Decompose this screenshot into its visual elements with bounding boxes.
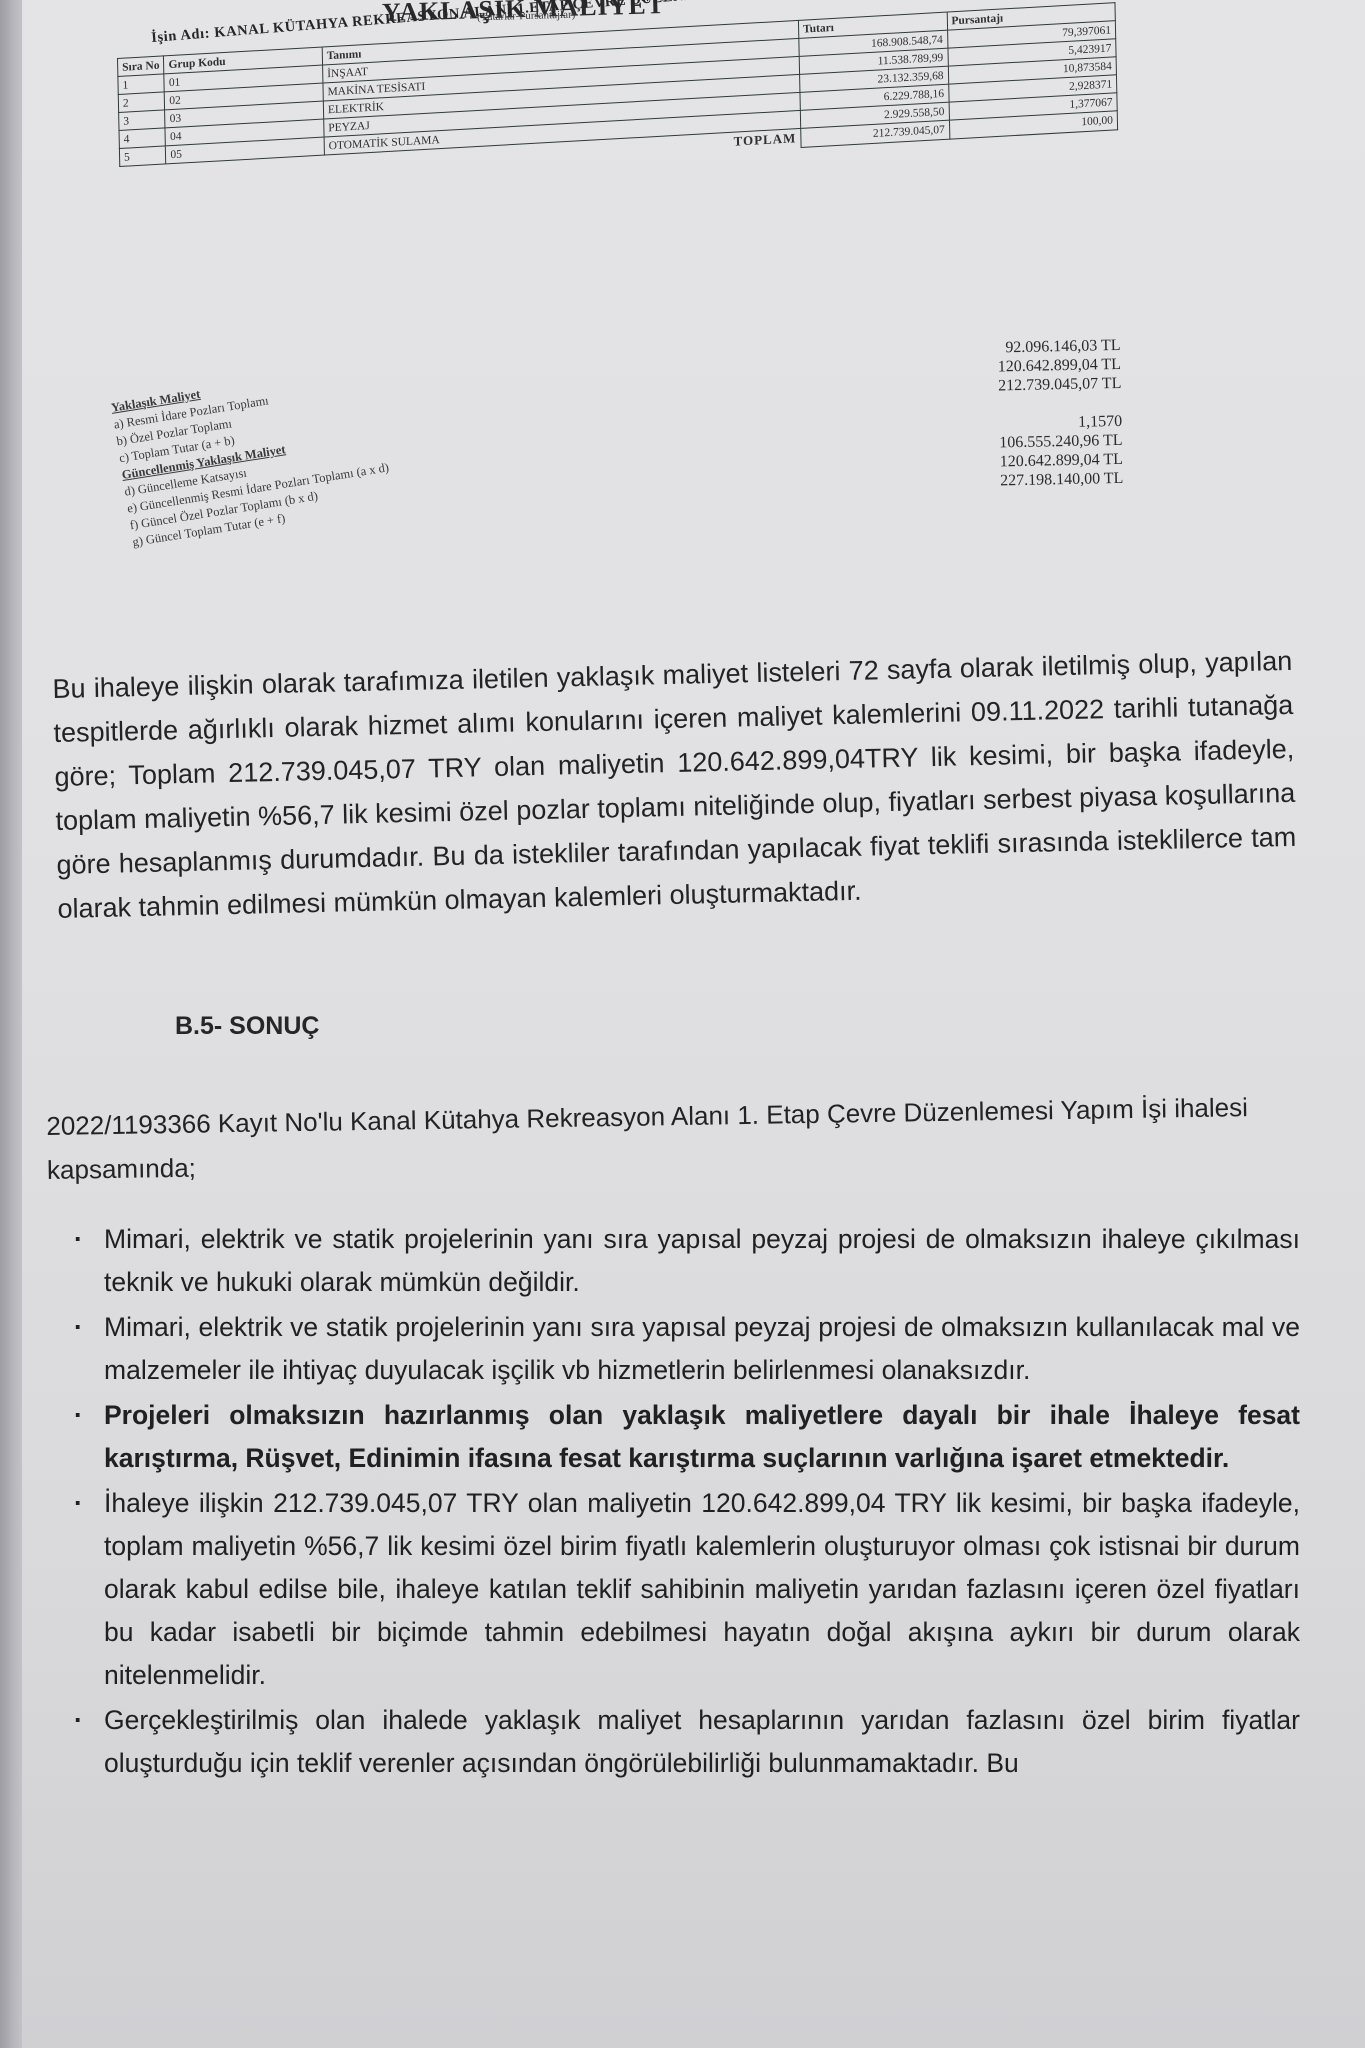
summary-values: 92.096.146,03 TL 120.642.899,04 TL 212.7… bbox=[915, 336, 1123, 492]
bullet-item: Gerçekleştirilmiş olan ihalede yaklaşık … bbox=[74, 1699, 1300, 1785]
bullet-item: İhaleye ilişkin 212.739.045,07 TRY olan … bbox=[74, 1482, 1300, 1697]
summary-labels: Yaklaşık Maliyet a) Resmi İdare Pozları … bbox=[110, 359, 395, 552]
document-page: YAKLAŞIK MALİYET (Tutarlar-Pursantajlar)… bbox=[22, 0, 1365, 2048]
bullet-item: Projeleri olmaksızın hazırlanmış olan ya… bbox=[74, 1394, 1300, 1480]
conclusion-intro: 2022/1193366 Kayıt No'lu Kanal Kütahya R… bbox=[46, 1084, 1297, 1192]
bullet-item: Mimari, elektrik ve statik projelerinin … bbox=[74, 1218, 1300, 1304]
section-heading: B.5- SONUÇ bbox=[175, 1012, 319, 1041]
summary-value-g: 227.198.140,00 TL bbox=[918, 469, 1123, 492]
conclusion-bullets: Mimari, elektrik ve statik projelerinin … bbox=[74, 1218, 1300, 1787]
bullet-item: Mimari, elektrik ve statik projelerinin … bbox=[74, 1306, 1300, 1392]
cost-table-container: Sıra No Grup Kodu Tanımı Tutarı Pursanta… bbox=[117, 2, 1122, 358]
paragraph-cost-analysis: Bu ihaleye ilişkin olarak tarafımıza ile… bbox=[52, 639, 1298, 931]
